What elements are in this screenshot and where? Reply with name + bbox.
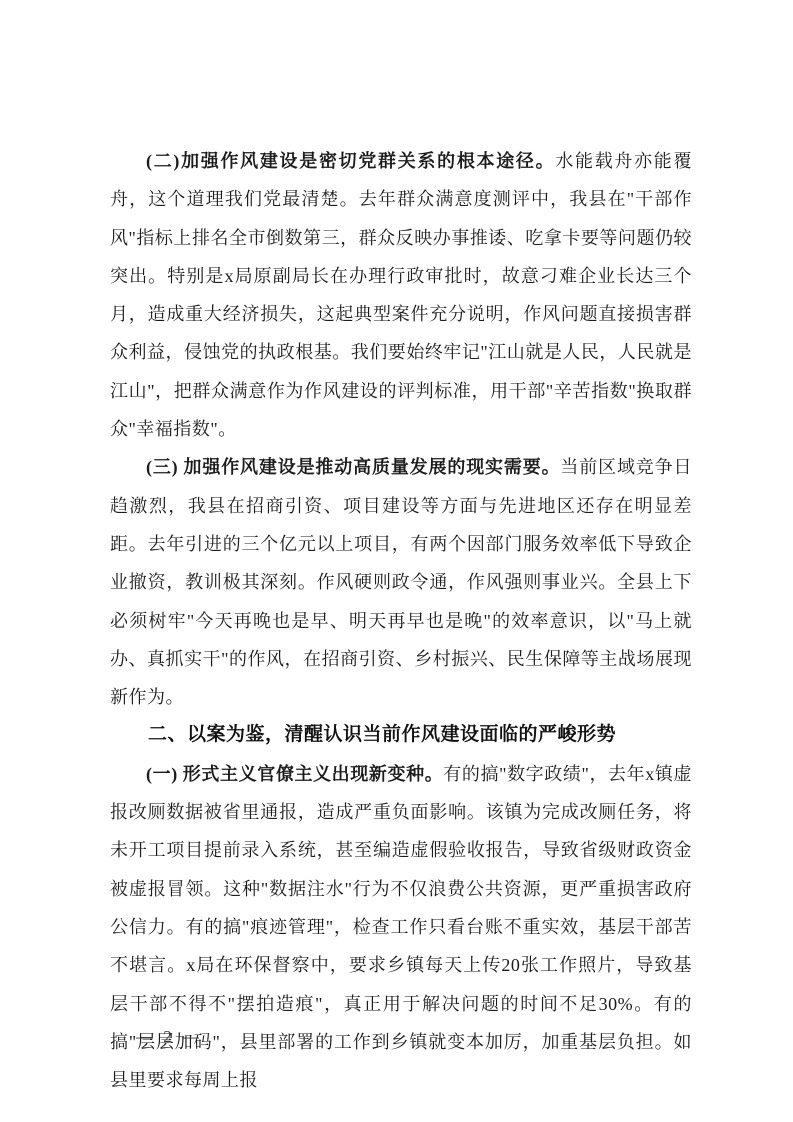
paragraph: (一) 形式主义官僚主义出现新变种。有的搞"数字政绩"，去年x镇虚报改厕数据被省…	[110, 755, 692, 1100]
paragraph-body: 当前区域竞争日趋激烈，我县在招商引资、项目建设等方面与先进地区还存在明显差距。去…	[110, 457, 692, 707]
page-number: — 2 —	[136, 1027, 202, 1047]
paragraph-lead: (二)加强作风建设是密切党群关系的根本途径。	[146, 151, 555, 171]
paragraph-body: 水能载舟亦能覆舟，这个道理我们党最清楚。去年群众满意度测评中，我县在"干部作风"…	[110, 151, 692, 439]
paragraph: (三) 加强作风建设是推动高质量发展的现实需要。当前区域竞争日趋激烈，我县在招商…	[110, 448, 692, 716]
document-body: (二)加强作风建设是密切党群关系的根本途径。水能载舟亦能覆舟，这个道理我们党最清…	[110, 142, 692, 1099]
document-page: (二)加强作风建设是密切党群关系的根本途径。水能载舟亦能覆舟，这个道理我们党最清…	[0, 0, 793, 1122]
paragraph: (二)加强作风建设是密切党群关系的根本途径。水能载舟亦能覆舟，这个道理我们党最清…	[110, 142, 692, 448]
paragraph-lead: (三) 加强作风建设是推动高质量发展的现实需要。	[146, 457, 560, 477]
section-heading: 二、以案为鉴，清醒认识当前作风建设面临的严峻形势	[110, 716, 692, 754]
paragraph-lead: (一) 形式主义官僚主义出现新变种。	[146, 764, 443, 784]
